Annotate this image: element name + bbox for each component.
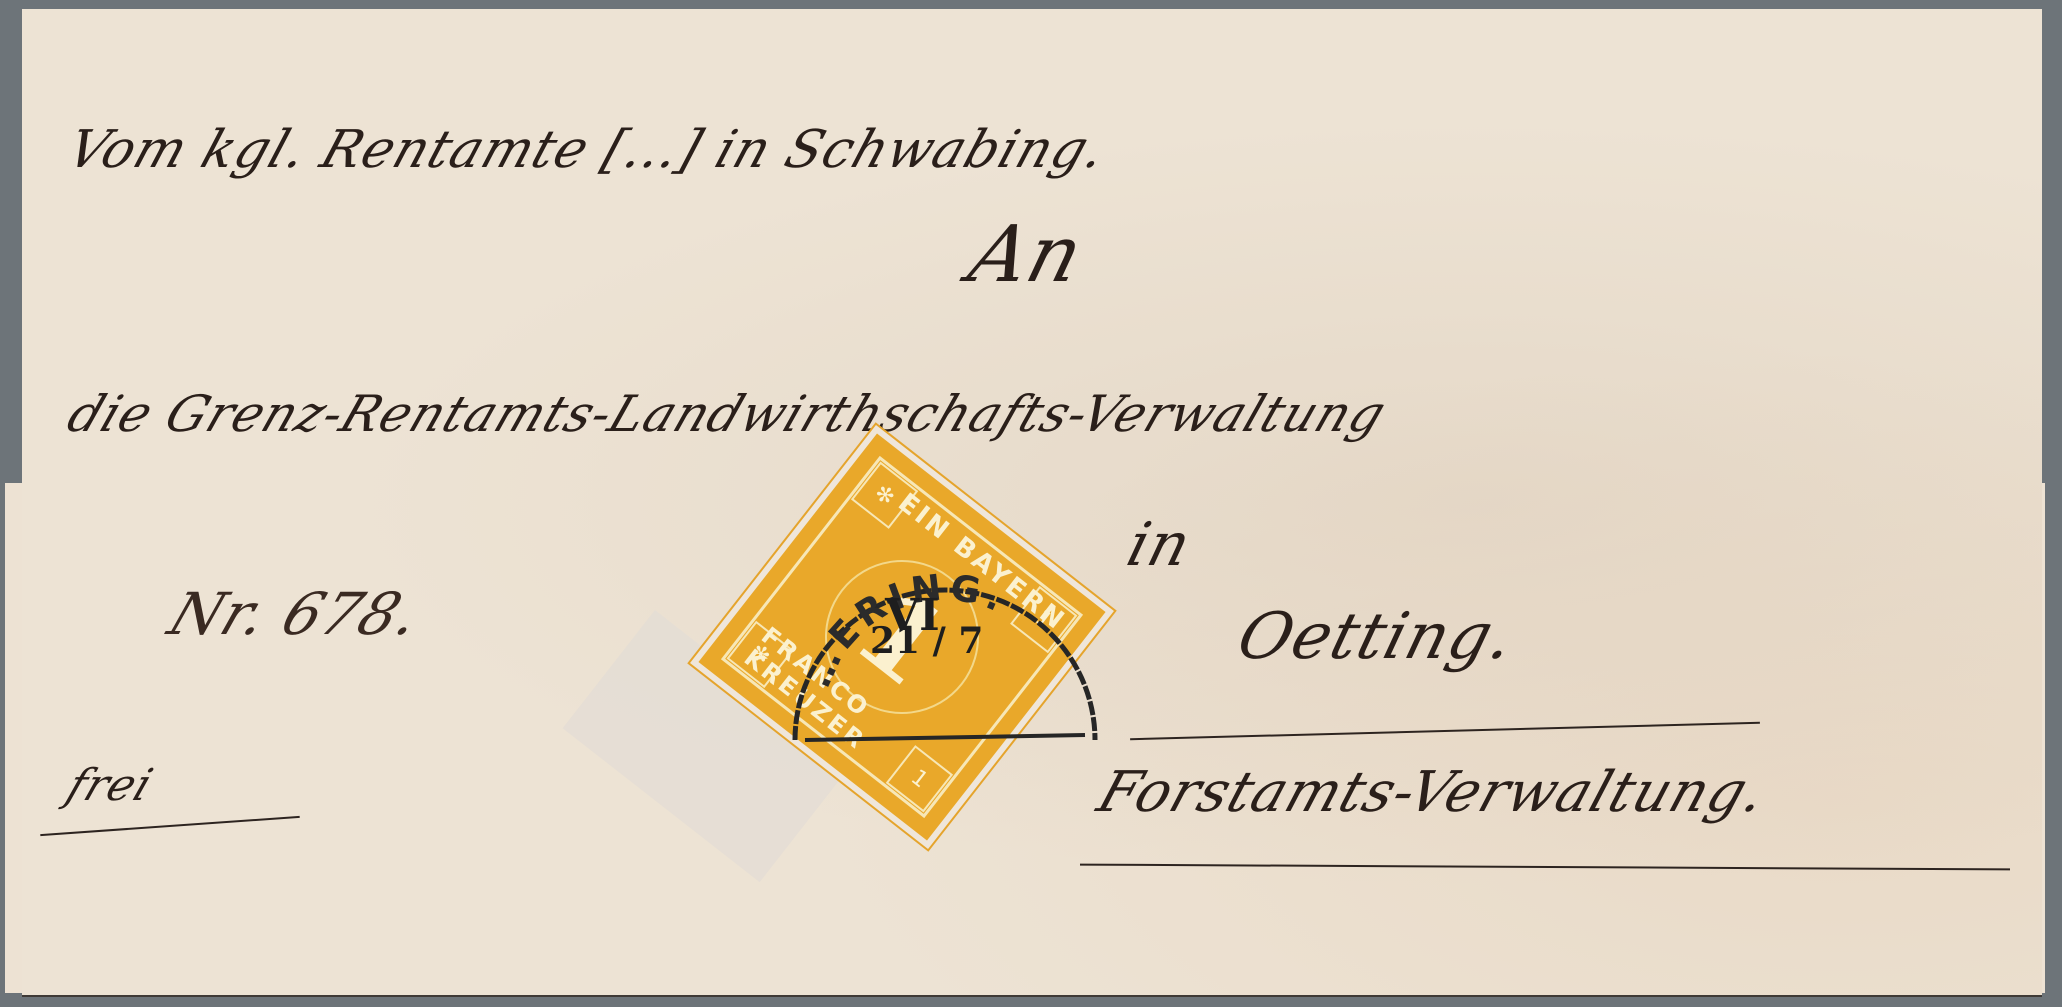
destination-town: Oetting.	[1230, 600, 1523, 674]
reference-number: Nr. 678.	[160, 580, 431, 648]
postmark-date: 21 / 7	[870, 620, 983, 662]
office-line: Forstamts-Verwaltung.	[1090, 760, 1775, 825]
recipient-line: die Grenz-Rentamts-Landwirthschafts-Verw…	[60, 385, 1394, 443]
sender-line: Vom kgl. Rentamte [...] in Schwabing.	[60, 120, 1114, 180]
